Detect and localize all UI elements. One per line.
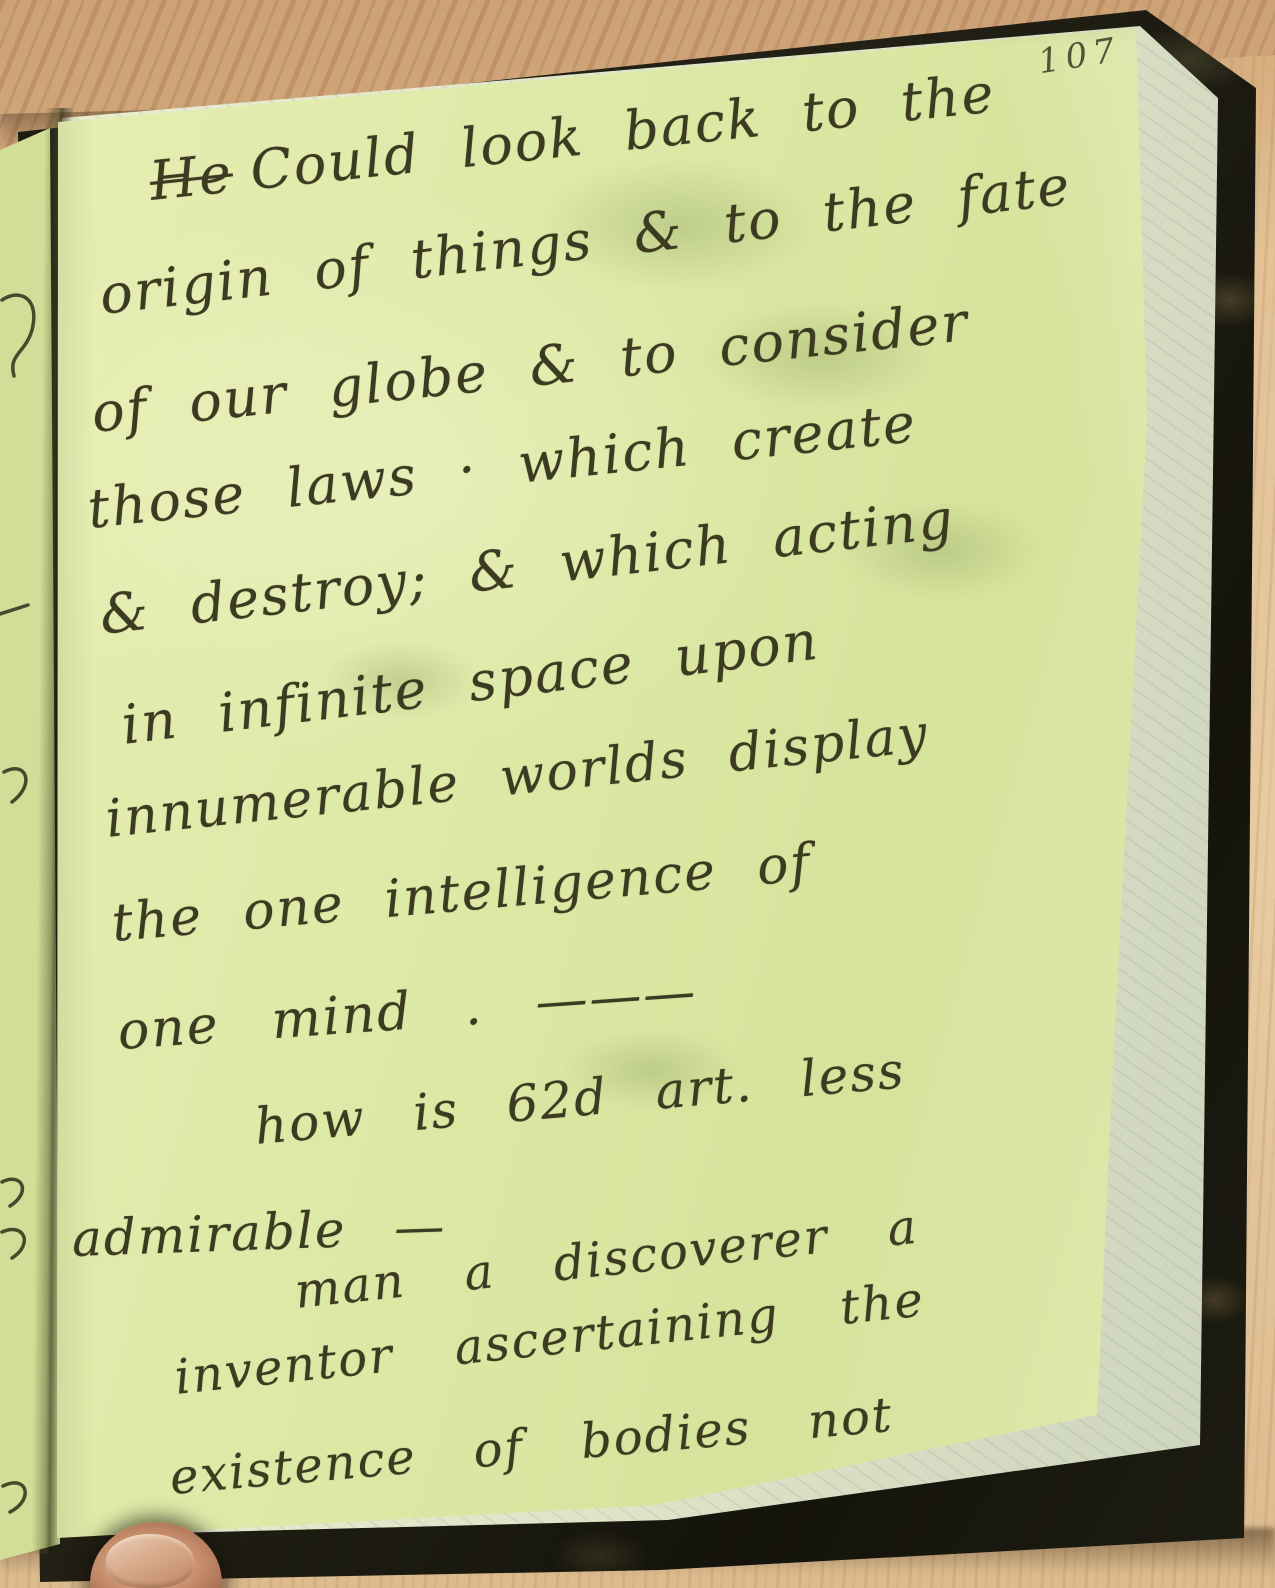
notebook-photo-scene: 107 HeCould look back to the origin of t… <box>0 0 1275 1588</box>
thumb-fingernail <box>106 1534 194 1588</box>
struck-word: He <box>147 141 236 212</box>
